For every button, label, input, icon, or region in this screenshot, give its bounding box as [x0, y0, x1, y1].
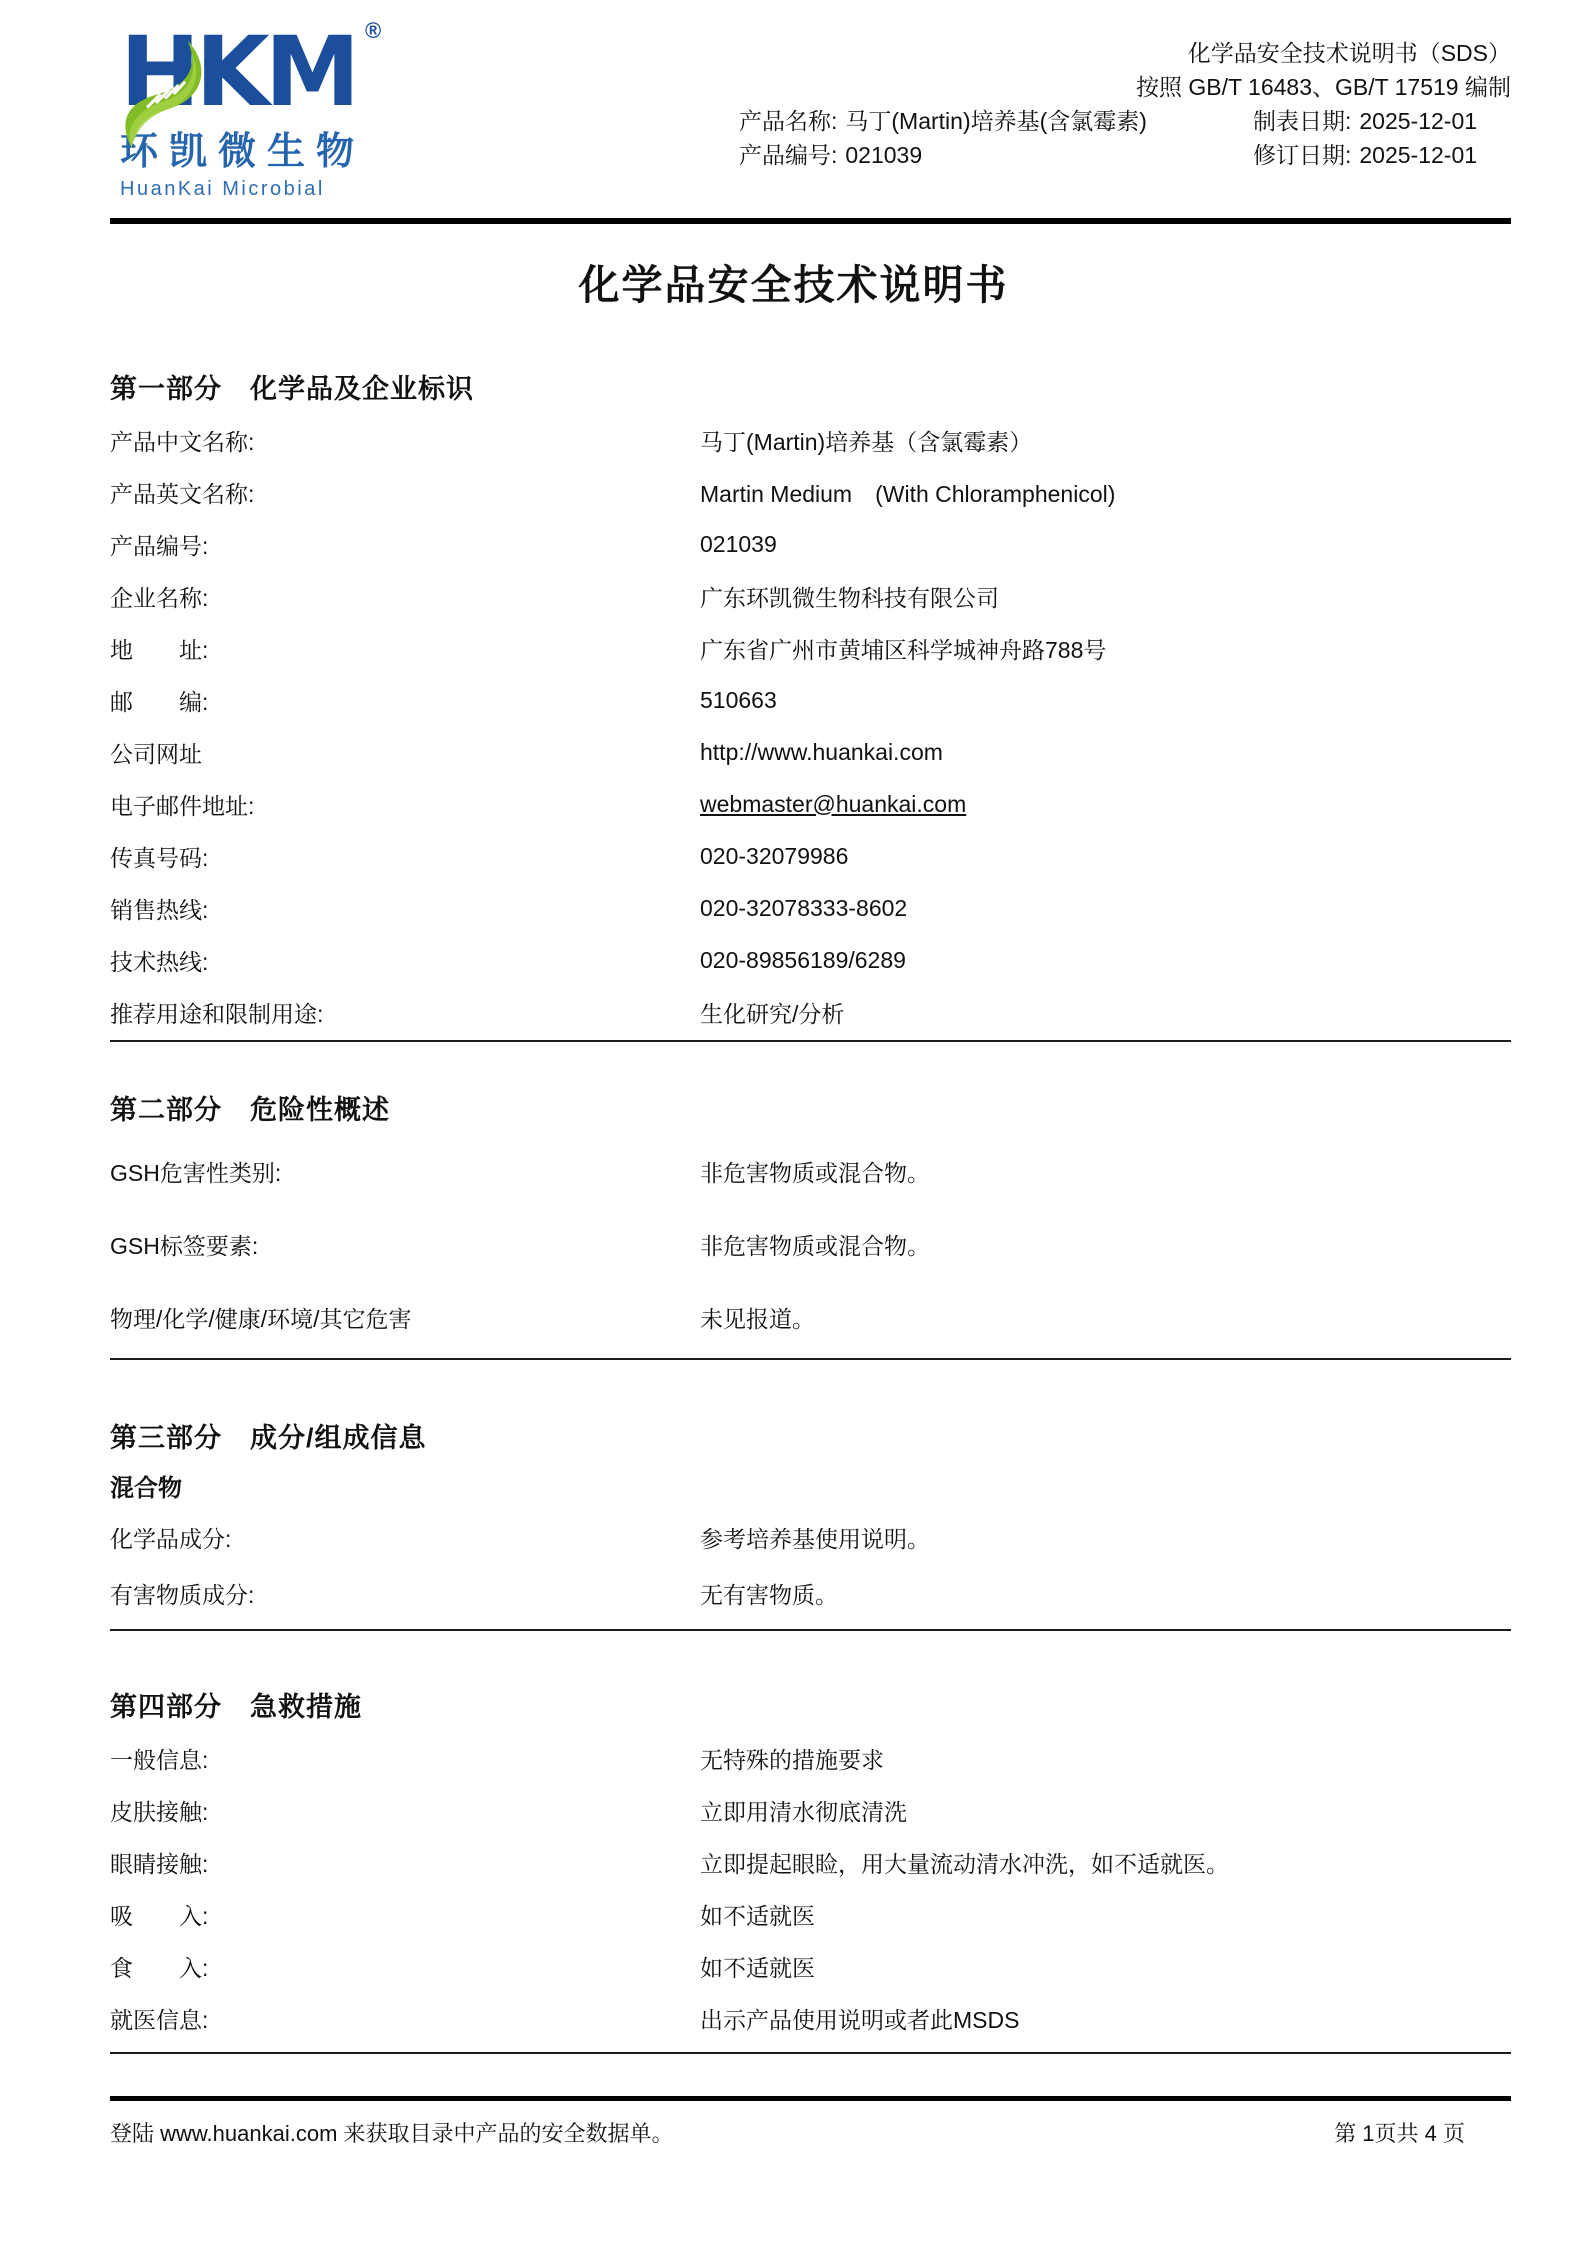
header-info-block: 化学品安全技术说明书（SDS） 按照 GB/T 16483、GB/T 17519…: [739, 24, 1511, 172]
field-label: 化学品成分:: [110, 1521, 700, 1554]
field-label: 一般信息:: [110, 1742, 700, 1775]
field-label: 产品中文名称:: [110, 424, 700, 457]
doc-type-line: 化学品安全技术说明书（SDS）: [739, 36, 1511, 70]
field-value: 生化研究/分析: [700, 996, 844, 1029]
field-row: 产品中文名称:马丁(Martin)培养基（含氯霉素）: [110, 414, 1511, 466]
field-label: 产品英文名称:: [110, 476, 700, 509]
page-title: 化学品安全技术说明书: [110, 252, 1511, 311]
field-row: 邮 编:510663: [110, 674, 1511, 726]
field-label: 技术热线:: [110, 944, 700, 977]
section-divider: [110, 1358, 1511, 1360]
product-code-label: 产品编号:: [739, 142, 837, 168]
field-label: 皮肤接触:: [110, 1794, 700, 1827]
sds-document-page: HKM ® 环凯微生物 HuanKai Microbial 化学品安全技术说明书…: [0, 0, 1587, 2054]
product-name-row: 产品名称:马丁(Martin)培养基(含氯霉素) 制表日期:2025-12-01: [739, 104, 1511, 138]
section-divider: [110, 1040, 1511, 1042]
field-row: 有害物质成分:无有害物质。: [110, 1565, 1511, 1621]
field-row: 化学品成分:参考培养基使用说明。: [110, 1509, 1511, 1565]
section-1-heading: 第一部分 化学品及企业标识: [110, 367, 1511, 406]
field-value: 未见报道。: [700, 1301, 815, 1334]
section-2-heading: 第二部分 危险性概述: [110, 1088, 1511, 1127]
field-value: 非危害物质或混合物。: [700, 1228, 930, 1261]
field-label: 眼睛接触:: [110, 1846, 700, 1879]
brand-name-en: HuanKai Microbial: [120, 178, 365, 201]
field-value: Martin Medium (With Chloramphenicol): [700, 476, 1115, 509]
product-code-cell: 产品编号:021039: [739, 138, 922, 172]
product-name-cell: 产品名称:马丁(Martin)培养基(含氯霉素): [739, 104, 1147, 138]
field-row: 就医信息:出示产品使用说明或者此MSDS: [110, 1992, 1511, 2044]
product-name-label: 产品名称:: [739, 108, 837, 134]
page-number: 第 1页共 4 页: [1334, 2112, 1465, 2156]
product-code-row: 产品编号:021039 修订日期:2025-12-01: [739, 138, 1511, 172]
field-value: 非危害物质或混合物。: [700, 1155, 930, 1188]
field-label: 销售热线:: [110, 892, 700, 925]
field-label: 电子邮件地址:: [110, 788, 700, 821]
field-row: 传真号码:020-32079986: [110, 830, 1511, 882]
field-row: 产品编号:021039: [110, 518, 1511, 570]
footer-note: 登陆 www.huankai.com 来获取目录中产品的安全数据单。: [110, 2112, 674, 2156]
field-row: 物理/化学/健康/环境/其它危害未见报道。: [110, 1281, 1511, 1354]
field-row: 眼睛接触:立即提起眼睑，用大量流动清水冲洗，如不适就医。: [110, 1836, 1511, 1888]
product-name-value: 马丁(Martin)培养基(含氯霉素): [845, 108, 1147, 134]
field-label: 物理/化学/健康/环境/其它危害: [110, 1301, 700, 1334]
field-label: GSH危害性类别:: [110, 1155, 700, 1188]
section-1-rows: 产品中文名称:马丁(Martin)培养基（含氯霉素） 产品英文名称:Martin…: [110, 414, 1511, 1038]
revised-date-cell: 修订日期:2025-12-01: [1253, 138, 1511, 172]
field-row: GSH标签要素:非危害物质或混合物。: [110, 1208, 1511, 1281]
field-value: 020-32078333-8602: [700, 895, 907, 922]
email-link[interactable]: webmaster@huankai.com: [700, 791, 966, 818]
section-2-rows: GSH危害性类别:非危害物质或混合物。 GSH标签要素:非危害物质或混合物。 物…: [110, 1135, 1511, 1354]
field-label: 公司网址: [110, 736, 700, 769]
field-row: 食 入:如不适就医: [110, 1940, 1511, 1992]
footer-divider: [110, 2096, 1511, 2101]
created-date-label: 制表日期:: [1253, 108, 1351, 134]
field-value: 021039: [700, 531, 777, 558]
field-value: 立即提起眼睑，用大量流动清水冲洗，如不适就医。: [700, 1846, 1229, 1879]
field-label: 邮 编:: [110, 684, 700, 717]
dna-swoosh-icon: [106, 38, 224, 150]
field-label: 推荐用途和限制用途:: [110, 996, 700, 1029]
logo-mark: HKM ®: [120, 24, 355, 120]
field-value: 参考培养基使用说明。: [700, 1521, 930, 1554]
section-4-heading: 第四部分 急救措施: [110, 1685, 1511, 1724]
field-label: 产品编号:: [110, 528, 700, 561]
field-label: 吸 入:: [110, 1898, 700, 1931]
field-row: 产品英文名称:Martin Medium (With Chloramphenic…: [110, 466, 1511, 518]
field-row: 地 址:广东省广州市黄埔区科学城神舟路788号: [110, 622, 1511, 674]
field-row: 企业名称:广东环凯微生物科技有限公司: [110, 570, 1511, 622]
page-footer: 登陆 www.huankai.com 来获取目录中产品的安全数据单。 第 1页共…: [110, 2112, 1511, 2156]
section-3-rows: 化学品成分:参考培养基使用说明。 有害物质成分:无有害物质。: [110, 1509, 1511, 1621]
field-row: 销售热线:020-32078333-8602: [110, 882, 1511, 934]
field-value: 020-32079986: [700, 843, 848, 870]
field-row: 一般信息:无特殊的措施要求: [110, 1732, 1511, 1784]
revised-date-value: 2025-12-01: [1359, 142, 1477, 168]
field-value: 出示产品使用说明或者此MSDS: [700, 2002, 1019, 2035]
field-row: 电子邮件地址:webmaster@huankai.com: [110, 778, 1511, 830]
field-label: 有害物质成分:: [110, 1577, 700, 1610]
field-value: 如不适就医: [700, 1898, 815, 1931]
field-row: 吸 入:如不适就医: [110, 1888, 1511, 1940]
product-code-value: 021039: [845, 142, 922, 168]
field-value: 立即用清水彻底清洗: [700, 1794, 907, 1827]
field-row: 技术热线:020-89856189/6289: [110, 934, 1511, 986]
section-3-heading: 第三部分 成分/组成信息: [110, 1416, 1511, 1455]
registered-trademark-icon: ®: [365, 20, 381, 42]
field-label: 传真号码:: [110, 840, 700, 873]
section-divider: [110, 2052, 1511, 2054]
header-divider: [110, 218, 1511, 224]
field-row: 公司网址http://www.huankai.com: [110, 726, 1511, 778]
field-label: 食 入:: [110, 1950, 700, 1983]
field-label: 企业名称:: [110, 580, 700, 613]
field-row: 皮肤接触:立即用清水彻底清洗: [110, 1784, 1511, 1836]
section-4-rows: 一般信息:无特殊的措施要求 皮肤接触:立即用清水彻底清洗 眼睛接触:立即提起眼睑…: [110, 1732, 1511, 2044]
field-label: GSH标签要素:: [110, 1228, 700, 1261]
field-row: 推荐用途和限制用途:生化研究/分析: [110, 986, 1511, 1038]
created-date-value: 2025-12-01: [1359, 108, 1477, 134]
field-value: 如不适就医: [700, 1950, 815, 1983]
created-date-cell: 制表日期:2025-12-01: [1253, 104, 1511, 138]
field-row: GSH危害性类别:非危害物质或混合物。: [110, 1135, 1511, 1208]
section-divider: [110, 1629, 1511, 1631]
field-value: 020-89856189/6289: [700, 947, 906, 974]
field-label: 就医信息:: [110, 2002, 700, 2035]
field-value: 广东省广州市黄埔区科学城神舟路788号: [700, 632, 1106, 665]
field-value: 510663: [700, 687, 777, 714]
company-logo: HKM ® 环凯微生物 HuanKai Microbial: [110, 24, 365, 201]
field-value: 无特殊的措施要求: [700, 1742, 884, 1775]
field-value: 无有害物质。: [700, 1577, 838, 1610]
field-label: 地 址:: [110, 632, 700, 665]
revised-date-label: 修订日期:: [1253, 142, 1351, 168]
field-value: 马丁(Martin)培养基（含氯霉素）: [700, 424, 1032, 457]
field-value: 广东环凯微生物科技有限公司: [700, 580, 999, 613]
document-header: HKM ® 环凯微生物 HuanKai Microbial 化学品安全技术说明书…: [110, 24, 1511, 212]
standard-line: 按照 GB/T 16483、GB/T 17519 编制: [739, 70, 1511, 104]
website-url: http://www.huankai.com: [700, 739, 943, 766]
mixture-subheading: 混合物: [110, 1463, 1511, 1507]
